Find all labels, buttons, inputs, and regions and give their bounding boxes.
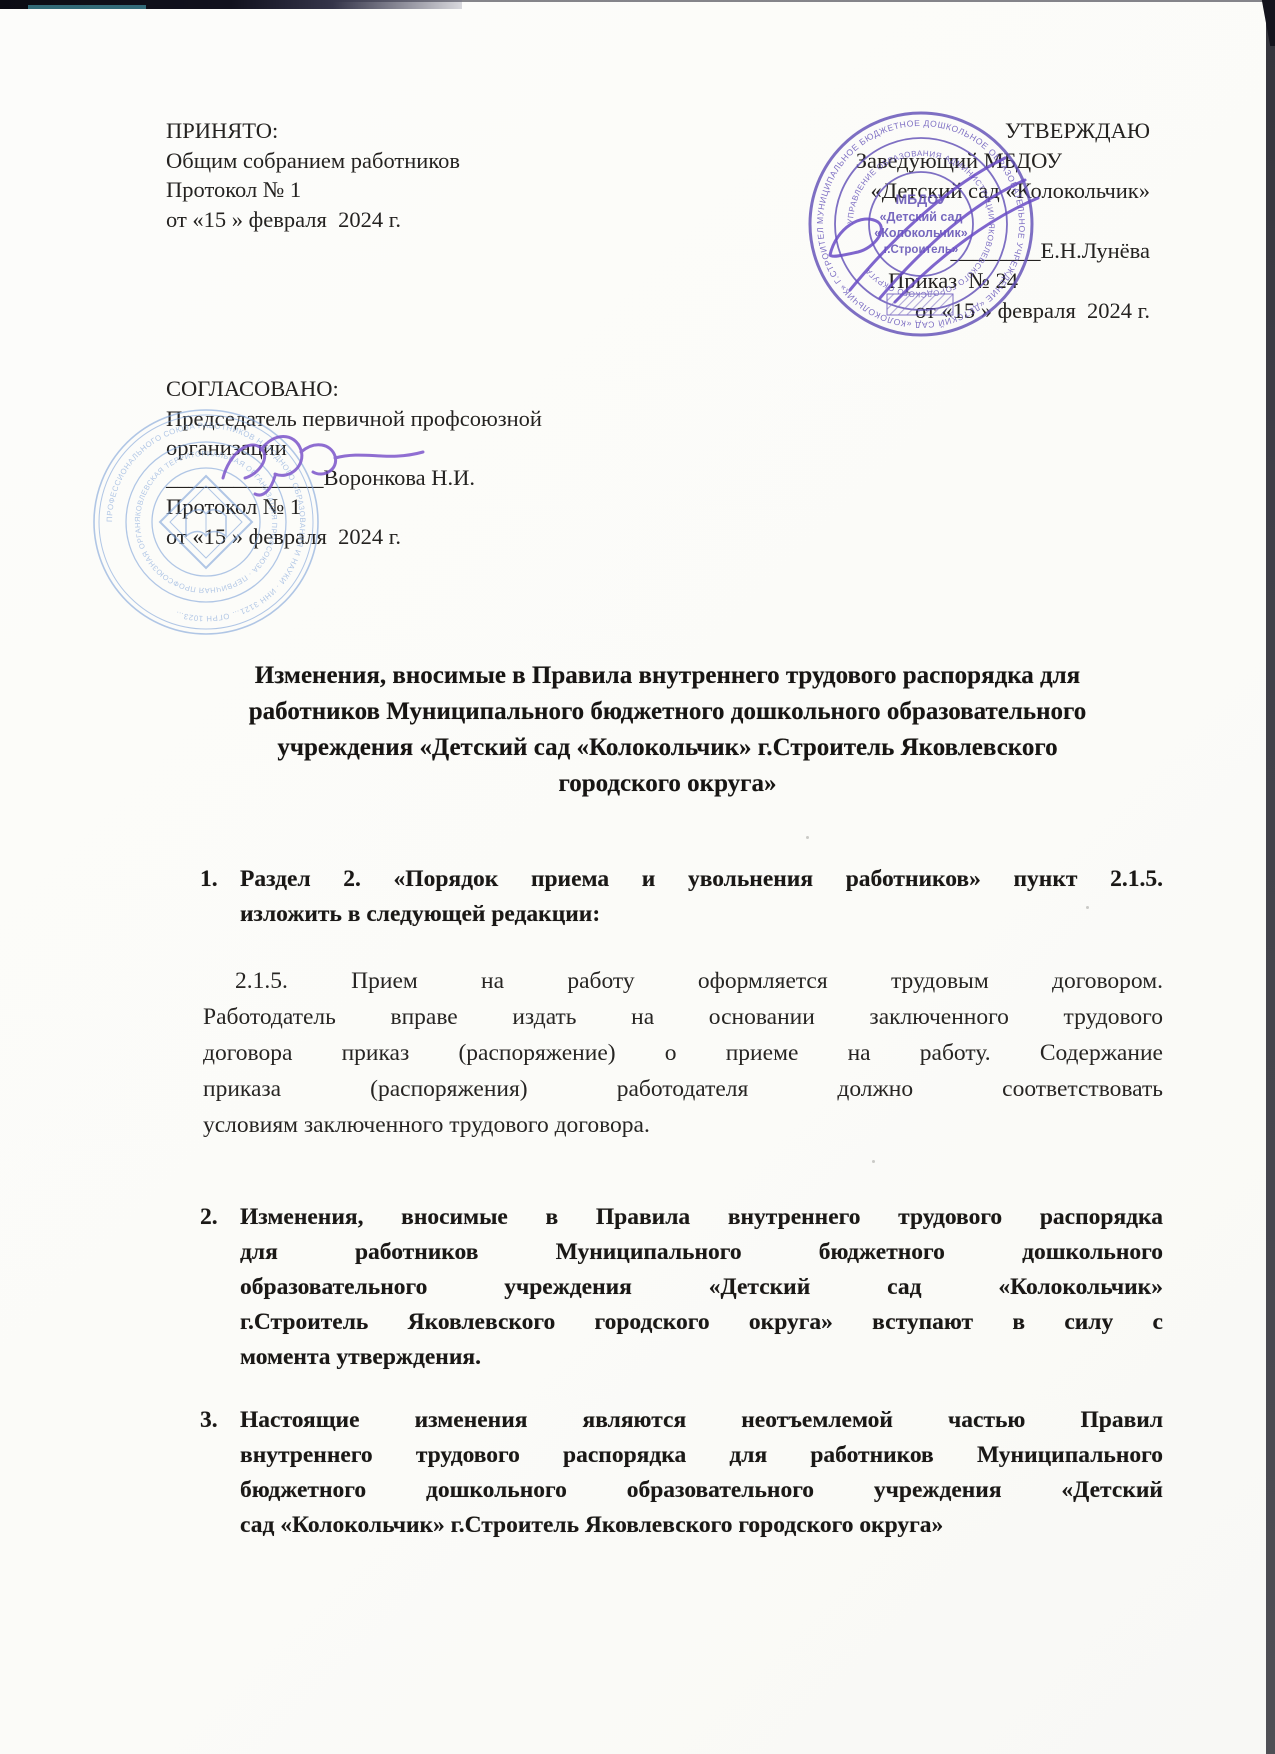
text-line: учреждения «Детский сад «Колокольчик» г.… [175, 730, 1160, 766]
text-line [735, 206, 1150, 236]
scan-top-color-fringe [28, 5, 146, 9]
text-line: работников Муниципального бюджетного дош… [175, 694, 1160, 730]
scanned-document-page: ПРИНЯТО:Общим собранием работниковПроток… [0, 0, 1275, 1754]
text-line: сад «Колокольчик» г.Строитель Яковлевско… [240, 1508, 1163, 1543]
list-item-text: Раздел2.«Порядокприемаиувольненияработни… [240, 862, 1163, 932]
list-item-text: Изменения,вносимыевПравилавнутреннеготру… [240, 1200, 1163, 1375]
text-line: 2.1.5.Приемнаработуоформляетсятрудовымдо… [203, 963, 1163, 999]
clause-2-1-5-paragraph: 2.1.5.Приемнаработуоформляетсятрудовымдо… [203, 963, 1163, 1143]
text-line: изложить в следующей редакции: [240, 897, 1163, 932]
text-line: Протокол № 1 [166, 492, 542, 522]
text-line: организации [166, 433, 542, 463]
text-line: ________Е.Н.Лунёва [735, 236, 1150, 266]
list-item-2: 2. Изменения,вносимыевПравилавнутреннего… [200, 1200, 1163, 1375]
text-line: СОГЛАСОВАНО: [166, 374, 542, 404]
list-item-text: Настоящиеизмененияявляютсянеотъемлемойча… [240, 1403, 1163, 1543]
text-line: Заведующий МБДОУ [735, 146, 1150, 176]
text-line: Протокол № 1 [166, 175, 460, 205]
text-line: Раздел2.«Порядокприемаиувольненияработни… [240, 862, 1163, 897]
text-line: приказа(распоряжения)работодателядолжнос… [203, 1071, 1163, 1107]
accepted-block: ПРИНЯТО:Общим собранием работниковПроток… [166, 116, 460, 234]
text-line: от «15 » февраля 2024 г. [166, 205, 460, 235]
text-line: Приказ № 24 [735, 266, 1150, 296]
text-line: УТВЕРЖДАЮ [735, 116, 1150, 146]
text-line: дляработниковМуниципальногобюджетногодош… [240, 1235, 1163, 1270]
text-line: Общим собранием работников [166, 146, 460, 176]
text-line: от «15 » февраля 2024 г. [166, 522, 542, 552]
text-line: ПРИНЯТО: [166, 116, 460, 146]
text-line: образовательногоучреждения«Детскийсад«Ко… [240, 1270, 1163, 1305]
text-line: бюджетногодошкольногообразовательногоучр… [240, 1473, 1163, 1508]
list-item-1: 1. Раздел2.«Порядокприемаиувольнениярабо… [200, 862, 1163, 932]
text-line: Председатель первичной профсоюзной [166, 404, 542, 434]
scan-speck [872, 1160, 875, 1163]
text-line: Изменения,вносимыевПравилавнутреннеготру… [240, 1200, 1163, 1235]
list-item-3: 3. Настоящиеизмененияявляютсянеотъемлемо… [200, 1403, 1163, 1543]
text-line: городского округа» [175, 766, 1160, 802]
list-number: 1. [200, 862, 218, 897]
approved-block: УТВЕРЖДАЮЗаведующий МБДОУ«Детский сад «К… [735, 116, 1150, 326]
text-line: договораприказ(распоряжение)оприеменараб… [203, 1035, 1163, 1071]
text-line: г.СтроительЯковлевскогогородскогоокруга»… [240, 1305, 1163, 1340]
text-line: условиям заключенного трудового договора… [203, 1107, 1163, 1143]
scan-speck [806, 836, 809, 839]
text-line: от «15 » февраля 2024 г. [735, 296, 1150, 326]
text-line: Изменения, вносимые в Правила внутреннег… [175, 658, 1160, 694]
list-number: 3. [200, 1403, 218, 1438]
text-line: «Детский сад «Колокольчик» [735, 176, 1150, 206]
text-line: Настоящиеизмененияявляютсянеотъемлемойча… [240, 1403, 1163, 1438]
text-line: Работодательвправеиздатьнаоснованиизаклю… [203, 999, 1163, 1035]
list-number: 2. [200, 1200, 218, 1235]
scan-right-edge [1266, 0, 1275, 1754]
agreed-block: СОГЛАСОВАНО:Председатель первичной профс… [166, 374, 542, 551]
document-title: Изменения, вносимые в Правила внутреннег… [175, 658, 1160, 802]
scan-corner-shadow [1251, 0, 1275, 46]
text-line: момента утверждения. [240, 1340, 1163, 1375]
text-line: ______________Воронкова Н.И. [166, 463, 542, 493]
text-line: внутреннеготрудовогораспорядкадляработни… [240, 1438, 1163, 1473]
